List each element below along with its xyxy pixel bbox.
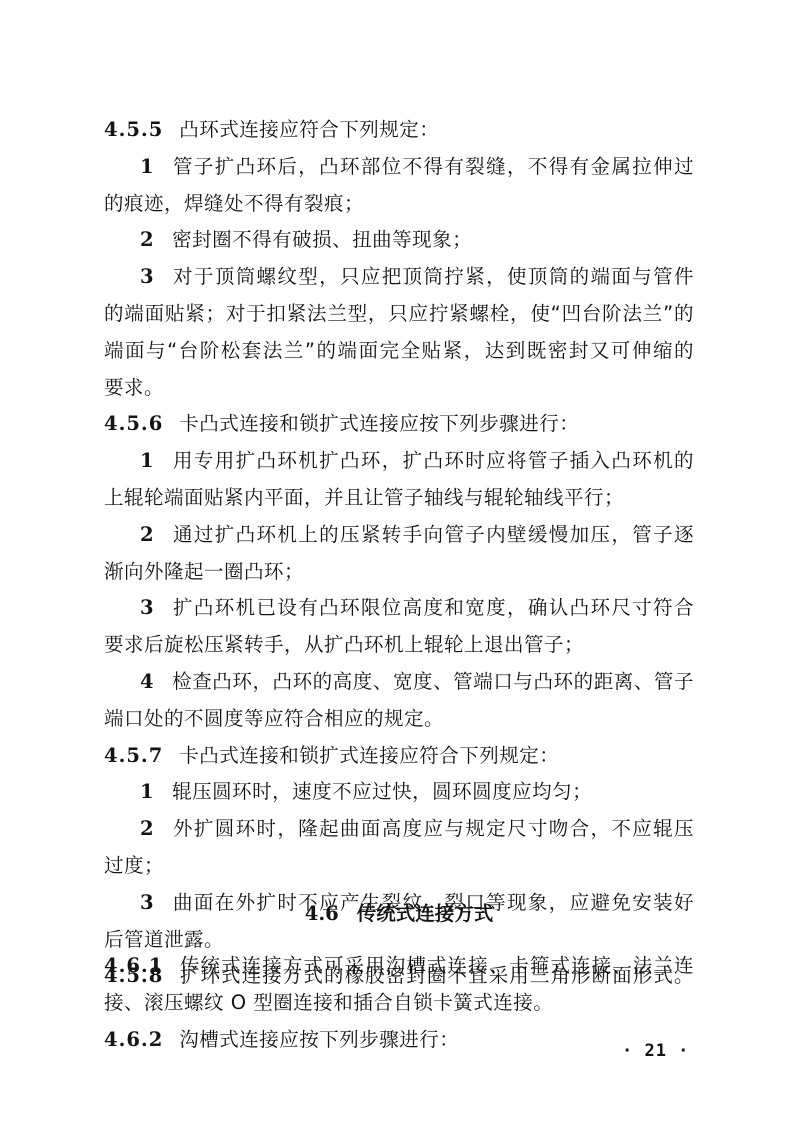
clause-4-5-6-item-1: 1用专用扩凸环机扩凸环，扩凸环时应将管子插入凸环机的 xyxy=(104,443,694,479)
item-number: 1 xyxy=(140,155,154,178)
item-text: 的端面贴紧；对于扣紧法兰型，只应拧紧螺栓，使“凹台阶法兰”的 xyxy=(104,302,694,325)
item-text: 通过扩凸环机上的压紧转手向管子内壁缓慢加压，管子逐 xyxy=(172,523,694,546)
clause-4-5-5-item-3-cont: 端面与“台阶松套法兰”的端面完全贴紧，达到既密封又可伸缩的 xyxy=(104,333,694,369)
clause-4-5-7-item-1: 1辊压圆环时，速度不应过快，圆环圆度应均匀； xyxy=(104,774,694,810)
item-text: 对于顶筒螺纹型，只应把顶筒拧紧，使顶筒的端面与管件 xyxy=(172,265,694,288)
item-text: 过度； xyxy=(104,854,164,877)
clause-4-6-1: 4.6.1传统式连接方式可采用沟槽式连接、卡箍式连接、法兰连 xyxy=(104,948,694,984)
clause-number: 4.6.1 xyxy=(104,954,163,977)
item-text: 渐向外隆起一圈凸环； xyxy=(104,560,304,583)
item-number: 2 xyxy=(140,228,154,251)
clause-text: 传统式连接方式可采用沟槽式连接、卡箍式连接、法兰连 xyxy=(179,954,694,977)
clause-4-5-6-heading: 4.5.6卡凸式连接和锁扩式连接应按下列步骤进行： xyxy=(104,406,694,442)
clause-4-5-5-item-3-cont: 要求。 xyxy=(104,370,694,406)
item-text: 要求后旋松压紧转手，从扩凸环机上辊轮上退出管子； xyxy=(104,633,584,656)
item-text: 检查凸环，凸环的高度、宽度、管端口与凸环的距离、管子 xyxy=(172,670,694,693)
clause-4-5-6-item-2-cont: 渐向外隆起一圈凸环； xyxy=(104,554,694,590)
clause-4-5-5-item-2: 2密封圈不得有破损、扭曲等现象； xyxy=(104,222,694,258)
item-text: 端口处的不圆度等应符合相应的规定。 xyxy=(104,707,444,730)
clause-title: 卡凸式连接和锁扩式连接应按下列步骤进行： xyxy=(179,412,579,435)
item-number: 1 xyxy=(140,449,154,472)
clause-4-5-5-heading: 4.5.5凸环式连接应符合下列规定： xyxy=(104,112,694,148)
clause-4-5-5-item-1-cont: 的痕迹，焊缝处不得有裂痕； xyxy=(104,186,694,222)
item-number: 4 xyxy=(140,670,154,693)
clause-number: 4.5.7 xyxy=(104,744,163,767)
item-text: 要求。 xyxy=(104,376,164,399)
clause-4-5-6-item-3: 3扩凸环机已设有凸环限位高度和宽度，确认凸环尺寸符合 xyxy=(104,590,694,626)
section-number: 4.6 xyxy=(305,902,339,925)
clause-number: 4.5.6 xyxy=(104,412,163,435)
item-text: 扩凸环机已设有凸环限位高度和宽度，确认凸环尺寸符合 xyxy=(172,596,694,619)
clause-4-5-6-item-1-cont: 上辊轮端面贴紧内平面，并且让管子轴线与辊轮轴线平行； xyxy=(104,480,694,516)
item-text: 辊压圆环时，速度不应过快，圆环圆度应均匀； xyxy=(172,780,592,803)
page-number: · 21 · xyxy=(622,1041,689,1061)
clause-4-5-6-item-2: 2通过扩凸环机上的压紧转手向管子内壁缓慢加压，管子逐 xyxy=(104,517,694,553)
clause-text: 接、滚压螺纹 O 型圈连接和插合自锁卡簧式连接。 xyxy=(104,991,553,1014)
item-text: 的痕迹，焊缝处不得有裂痕； xyxy=(104,192,364,215)
item-text: 管子扩凸环后，凸环部位不得有裂缝，不得有金属拉伸过 xyxy=(172,155,694,178)
clause-4-5-6-item-4: 4检查凸环，凸环的高度、宽度、管端口与凸环的距离、管子 xyxy=(104,664,694,700)
clause-title: 凸环式连接应符合下列规定： xyxy=(179,118,439,141)
item-text: 外扩圆环时，隆起曲面高度应与规定尺寸吻合，不应辊压 xyxy=(172,817,694,840)
clause-number: 4.5.5 xyxy=(104,118,163,141)
clause-4-5-7-item-2: 2外扩圆环时，隆起曲面高度应与规定尺寸吻合，不应辊压 xyxy=(104,811,694,847)
clause-4-5-5-item-1: 1管子扩凸环后，凸环部位不得有裂缝，不得有金属拉伸过 xyxy=(104,149,694,185)
clause-4-6-2: 4.6.2沟槽式连接应按下列步骤进行： xyxy=(104,1022,694,1058)
item-number: 1 xyxy=(140,780,154,803)
section-title: 传统式连接方式 xyxy=(357,902,494,925)
item-text: 上辊轮端面贴紧内平面，并且让管子轴线与辊轮轴线平行； xyxy=(104,486,624,509)
clause-title: 卡凸式连接和锁扩式连接应符合下列规定： xyxy=(179,744,559,767)
clause-4-5-5-item-3-cont: 的端面贴紧；对于扣紧法兰型，只应拧紧螺栓，使“凹台阶法兰”的 xyxy=(104,296,694,332)
clause-text: 沟槽式连接应按下列步骤进行： xyxy=(179,1028,459,1051)
item-text: 密封圈不得有破损、扭曲等现象； xyxy=(172,228,472,251)
clause-4-5-6-item-4-cont: 端口处的不圆度等应符合相应的规定。 xyxy=(104,701,694,737)
clause-4-5-6-item-3-cont: 要求后旋松压紧转手，从扩凸环机上辊轮上退出管子； xyxy=(104,627,694,663)
item-text: 端面与“台阶松套法兰”的端面完全贴紧，达到既密封又可伸缩的 xyxy=(104,339,694,362)
item-number: 3 xyxy=(140,596,154,619)
clause-4-6-1-cont: 接、滚压螺纹 O 型圈连接和插合自锁卡簧式连接。 xyxy=(104,985,694,1021)
clause-4-5-7-heading: 4.5.7卡凸式连接和锁扩式连接应符合下列规定： xyxy=(104,738,694,774)
item-text: 用专用扩凸环机扩凸环，扩凸环时应将管子插入凸环机的 xyxy=(172,449,694,472)
item-number: 3 xyxy=(140,265,154,288)
clause-number: 4.6.2 xyxy=(104,1028,163,1051)
clause-4-5-7-item-2-cont: 过度； xyxy=(104,848,694,884)
clause-4-5-5-item-3: 3对于顶筒螺纹型，只应把顶筒拧紧，使顶筒的端面与管件 xyxy=(104,259,694,295)
section-heading-4-6: 4.6传统式连接方式 xyxy=(104,896,694,932)
item-number: 2 xyxy=(140,817,154,840)
item-number: 2 xyxy=(140,523,154,546)
